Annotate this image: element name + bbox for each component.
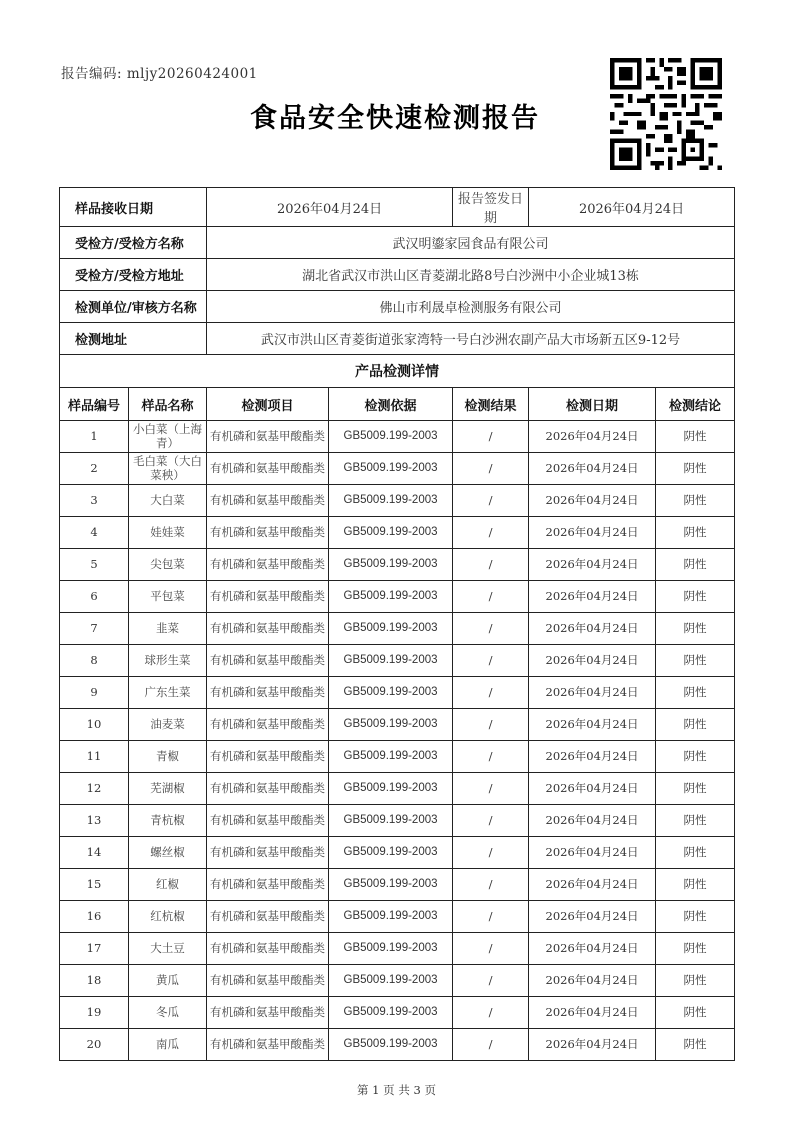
conclusion-cell: 阴性 <box>656 453 735 485</box>
table-row: 11青椒有机磷和氨基甲酸酯类GB5009.199-2003/2026年04月24… <box>60 741 735 773</box>
section-title: 产品检测详情 <box>60 355 735 388</box>
test-date-cell: 2026年04月24日 <box>529 485 656 517</box>
issue-date-label: 报告签发日期 <box>453 188 529 227</box>
test-standard-cell: GB5009.199-2003 <box>329 709 453 741</box>
test-result-cell: / <box>453 453 529 485</box>
table-row: 4娃娃菜有机磷和氨基甲酸酯类GB5009.199-2003/2026年04月24… <box>60 517 735 549</box>
col-conclusion: 检测结论 <box>656 388 735 421</box>
sample-no-cell: 18 <box>60 965 129 997</box>
sample-no-cell: 10 <box>60 709 129 741</box>
table-row: 5尖包菜有机磷和氨基甲酸酯类GB5009.199-2003/2026年04月24… <box>60 549 735 581</box>
test-item-cell: 有机磷和氨基甲酸酯类 <box>207 901 329 933</box>
col-sample-no: 样品编号 <box>60 388 129 421</box>
test-result-cell: / <box>453 997 529 1029</box>
sample-no-cell: 14 <box>60 837 129 869</box>
lab-name-row: 检测单位/审核方名称 佛山市利晟卓检测服务有限公司 <box>60 291 735 323</box>
sample-name-cell: 娃娃菜 <box>129 517 207 549</box>
sample-no-cell: 11 <box>60 741 129 773</box>
test-date-cell: 2026年04月24日 <box>529 709 656 741</box>
receive-date-row: 样品接收日期 2026年04月24日 报告签发日期 2026年04月24日 <box>60 188 735 227</box>
test-result-cell: / <box>453 677 529 709</box>
test-standard-cell: GB5009.199-2003 <box>329 581 453 613</box>
test-result-cell: / <box>453 645 529 677</box>
sample-name-cell: 大土豆 <box>129 933 207 965</box>
test-result-cell: / <box>453 901 529 933</box>
table-row: 15红椒有机磷和氨基甲酸酯类GB5009.199-2003/2026年04月24… <box>60 869 735 901</box>
col-test-result: 检测结果 <box>453 388 529 421</box>
test-standard-cell: GB5009.199-2003 <box>329 997 453 1029</box>
sample-no-cell: 19 <box>60 997 129 1029</box>
test-standard-cell: GB5009.199-2003 <box>329 1029 453 1061</box>
test-standard-cell: GB5009.199-2003 <box>329 421 453 453</box>
issue-date-value: 2026年04月24日 <box>529 188 735 227</box>
sample-name-cell: 红椒 <box>129 869 207 901</box>
test-item-cell: 有机磷和氨基甲酸酯类 <box>207 709 329 741</box>
sample-name-cell: 红杭椒 <box>129 901 207 933</box>
col-test-item: 检测项目 <box>207 388 329 421</box>
conclusion-cell: 阴性 <box>656 741 735 773</box>
sample-name-cell: 尖包菜 <box>129 549 207 581</box>
test-result-cell: / <box>453 517 529 549</box>
test-date-cell: 2026年04月24日 <box>529 869 656 901</box>
inspected-address-value: 湖北省武汉市洪山区青菱湖北路8号白沙洲中小企业城13栋 <box>207 259 735 291</box>
test-result-cell: / <box>453 773 529 805</box>
sample-no-cell: 15 <box>60 869 129 901</box>
table-row: 10油麦菜有机磷和氨基甲酸酯类GB5009.199-2003/2026年04月2… <box>60 709 735 741</box>
conclusion-cell: 阴性 <box>656 997 735 1029</box>
test-result-cell: / <box>453 965 529 997</box>
table-row: 16红杭椒有机磷和氨基甲酸酯类GB5009.199-2003/2026年04月2… <box>60 901 735 933</box>
test-standard-cell: GB5009.199-2003 <box>329 517 453 549</box>
test-date-cell: 2026年04月24日 <box>529 549 656 581</box>
sample-name-cell: 小白菜（上海青） <box>129 421 207 453</box>
sample-name-cell: 南瓜 <box>129 1029 207 1061</box>
table-row: 9广东生菜有机磷和氨基甲酸酯类GB5009.199-2003/2026年04月2… <box>60 677 735 709</box>
test-date-cell: 2026年04月24日 <box>529 677 656 709</box>
test-date-cell: 2026年04月24日 <box>529 1029 656 1061</box>
col-test-standard: 检测依据 <box>329 388 453 421</box>
test-item-cell: 有机磷和氨基甲酸酯类 <box>207 805 329 837</box>
sample-name-cell: 芜湖椒 <box>129 773 207 805</box>
test-result-cell: / <box>453 613 529 645</box>
test-standard-cell: GB5009.199-2003 <box>329 677 453 709</box>
test-item-cell: 有机磷和氨基甲酸酯类 <box>207 837 329 869</box>
test-date-cell: 2026年04月24日 <box>529 933 656 965</box>
col-test-date: 检测日期 <box>529 388 656 421</box>
sample-no-cell: 2 <box>60 453 129 485</box>
sample-name-cell: 螺丝椒 <box>129 837 207 869</box>
column-header-row: 样品编号 样品名称 检测项目 检测依据 检测结果 检测日期 检测结论 <box>60 388 735 421</box>
inspected-name-row: 受检方/受检方名称 武汉明鎏家园食品有限公司 <box>60 227 735 259</box>
table-row: 8球形生菜有机磷和氨基甲酸酯类GB5009.199-2003/2026年04月2… <box>60 645 735 677</box>
conclusion-cell: 阴性 <box>656 581 735 613</box>
test-standard-cell: GB5009.199-2003 <box>329 741 453 773</box>
inspected-name-label: 受检方/受检方名称 <box>60 227 207 259</box>
table-row: 18黄瓜有机磷和氨基甲酸酯类GB5009.199-2003/2026年04月24… <box>60 965 735 997</box>
conclusion-cell: 阴性 <box>656 645 735 677</box>
receive-date-label: 样品接收日期 <box>60 188 207 227</box>
test-standard-cell: GB5009.199-2003 <box>329 613 453 645</box>
sample-no-cell: 6 <box>60 581 129 613</box>
test-item-cell: 有机磷和氨基甲酸酯类 <box>207 421 329 453</box>
sample-no-cell: 8 <box>60 645 129 677</box>
test-date-cell: 2026年04月24日 <box>529 421 656 453</box>
conclusion-cell: 阴性 <box>656 869 735 901</box>
sample-no-cell: 13 <box>60 805 129 837</box>
table-row: 19冬瓜有机磷和氨基甲酸酯类GB5009.199-2003/2026年04月24… <box>60 997 735 1029</box>
report-code-value: mljy20260424001 <box>127 66 258 82</box>
test-standard-cell: GB5009.199-2003 <box>329 549 453 581</box>
test-item-cell: 有机磷和氨基甲酸酯类 <box>207 581 329 613</box>
test-date-cell: 2026年04月24日 <box>529 613 656 645</box>
test-result-cell: / <box>453 485 529 517</box>
conclusion-cell: 阴性 <box>656 485 735 517</box>
col-sample-name: 样品名称 <box>129 388 207 421</box>
test-standard-cell: GB5009.199-2003 <box>329 965 453 997</box>
test-result-cell: / <box>453 581 529 613</box>
test-date-cell: 2026年04月24日 <box>529 453 656 485</box>
report-code: 报告编码: mljy20260424001 <box>61 62 258 82</box>
inspected-name-value: 武汉明鎏家园食品有限公司 <box>207 227 735 259</box>
test-item-cell: 有机磷和氨基甲酸酯类 <box>207 1029 329 1061</box>
test-item-cell: 有机磷和氨基甲酸酯类 <box>207 741 329 773</box>
lab-name-value: 佛山市利晟卓检测服务有限公司 <box>207 291 735 323</box>
receive-date-value: 2026年04月24日 <box>207 188 453 227</box>
sample-name-cell: 冬瓜 <box>129 997 207 1029</box>
qr-code-icon <box>610 58 722 170</box>
test-result-cell: / <box>453 741 529 773</box>
test-item-cell: 有机磷和氨基甲酸酯类 <box>207 453 329 485</box>
report-table: 样品接收日期 2026年04月24日 报告签发日期 2026年04月24日 受检… <box>59 187 735 1061</box>
table-row: 6平包菜有机磷和氨基甲酸酯类GB5009.199-2003/2026年04月24… <box>60 581 735 613</box>
test-date-cell: 2026年04月24日 <box>529 517 656 549</box>
test-item-cell: 有机磷和氨基甲酸酯类 <box>207 677 329 709</box>
test-date-cell: 2026年04月24日 <box>529 997 656 1029</box>
test-standard-cell: GB5009.199-2003 <box>329 485 453 517</box>
sample-no-cell: 9 <box>60 677 129 709</box>
test-date-cell: 2026年04月24日 <box>529 837 656 869</box>
test-date-cell: 2026年04月24日 <box>529 805 656 837</box>
conclusion-cell: 阴性 <box>656 709 735 741</box>
sample-name-cell: 广东生菜 <box>129 677 207 709</box>
conclusion-cell: 阴性 <box>656 1029 735 1061</box>
conclusion-cell: 阴性 <box>656 549 735 581</box>
test-standard-cell: GB5009.199-2003 <box>329 869 453 901</box>
conclusion-cell: 阴性 <box>656 773 735 805</box>
sample-no-cell: 17 <box>60 933 129 965</box>
test-date-cell: 2026年04月24日 <box>529 901 656 933</box>
test-result-cell: / <box>453 421 529 453</box>
test-standard-cell: GB5009.199-2003 <box>329 645 453 677</box>
test-date-cell: 2026年04月24日 <box>529 773 656 805</box>
table-row: 20南瓜有机磷和氨基甲酸酯类GB5009.199-2003/2026年04月24… <box>60 1029 735 1061</box>
sample-no-cell: 12 <box>60 773 129 805</box>
sample-no-cell: 4 <box>60 517 129 549</box>
test-standard-cell: GB5009.199-2003 <box>329 805 453 837</box>
test-date-cell: 2026年04月24日 <box>529 965 656 997</box>
test-result-cell: / <box>453 933 529 965</box>
conclusion-cell: 阴性 <box>656 901 735 933</box>
test-result-cell: / <box>453 837 529 869</box>
sample-no-cell: 1 <box>60 421 129 453</box>
sample-name-cell: 毛白菜（大白菜秧） <box>129 453 207 485</box>
table-row: 17大土豆有机磷和氨基甲酸酯类GB5009.199-2003/2026年04月2… <box>60 933 735 965</box>
page-title: 食品安全快速检测报告 <box>200 96 590 135</box>
test-item-cell: 有机磷和氨基甲酸酯类 <box>207 517 329 549</box>
lab-address-value: 武汉市洪山区青菱街道张家湾特一号白沙洲农副产品大市场新五区9-12号 <box>207 323 735 355</box>
test-result-cell: / <box>453 805 529 837</box>
test-result-cell: / <box>453 549 529 581</box>
test-date-cell: 2026年04月24日 <box>529 741 656 773</box>
sample-no-cell: 20 <box>60 1029 129 1061</box>
sample-name-cell: 平包菜 <box>129 581 207 613</box>
test-standard-cell: GB5009.199-2003 <box>329 837 453 869</box>
test-standard-cell: GB5009.199-2003 <box>329 773 453 805</box>
lab-address-label: 检测地址 <box>60 323 207 355</box>
sample-name-cell: 青椒 <box>129 741 207 773</box>
sample-no-cell: 7 <box>60 613 129 645</box>
test-standard-cell: GB5009.199-2003 <box>329 901 453 933</box>
conclusion-cell: 阴性 <box>656 677 735 709</box>
lab-address-row: 检测地址 武汉市洪山区青菱街道张家湾特一号白沙洲农副产品大市场新五区9-12号 <box>60 323 735 355</box>
sample-name-cell: 球形生菜 <box>129 645 207 677</box>
table-row: 1小白菜（上海青）有机磷和氨基甲酸酯类GB5009.199-2003/2026年… <box>60 421 735 453</box>
sample-name-cell: 油麦菜 <box>129 709 207 741</box>
table-row: 3大白菜有机磷和氨基甲酸酯类GB5009.199-2003/2026年04月24… <box>60 485 735 517</box>
lab-name-label: 检测单位/审核方名称 <box>60 291 207 323</box>
conclusion-cell: 阴性 <box>656 517 735 549</box>
test-date-cell: 2026年04月24日 <box>529 645 656 677</box>
page-indicator: 第 1 页 共 3 页 <box>0 1082 793 1098</box>
conclusion-cell: 阴性 <box>656 933 735 965</box>
test-item-cell: 有机磷和氨基甲酸酯类 <box>207 485 329 517</box>
test-item-cell: 有机磷和氨基甲酸酯类 <box>207 933 329 965</box>
table-row: 12芜湖椒有机磷和氨基甲酸酯类GB5009.199-2003/2026年04月2… <box>60 773 735 805</box>
sample-name-cell: 黄瓜 <box>129 965 207 997</box>
test-item-cell: 有机磷和氨基甲酸酯类 <box>207 773 329 805</box>
inspected-address-label: 受检方/受检方地址 <box>60 259 207 291</box>
sample-no-cell: 16 <box>60 901 129 933</box>
test-item-cell: 有机磷和氨基甲酸酯类 <box>207 645 329 677</box>
test-standard-cell: GB5009.199-2003 <box>329 453 453 485</box>
section-title-row: 产品检测详情 <box>60 355 735 388</box>
report-code-label: 报告编码: <box>61 66 122 82</box>
test-item-cell: 有机磷和氨基甲酸酯类 <box>207 549 329 581</box>
table-row: 13青杭椒有机磷和氨基甲酸酯类GB5009.199-2003/2026年04月2… <box>60 805 735 837</box>
test-item-cell: 有机磷和氨基甲酸酯类 <box>207 869 329 901</box>
sample-no-cell: 3 <box>60 485 129 517</box>
test-item-cell: 有机磷和氨基甲酸酯类 <box>207 965 329 997</box>
test-standard-cell: GB5009.199-2003 <box>329 933 453 965</box>
conclusion-cell: 阴性 <box>656 421 735 453</box>
conclusion-cell: 阴性 <box>656 805 735 837</box>
table-row: 7韭菜有机磷和氨基甲酸酯类GB5009.199-2003/2026年04月24日… <box>60 613 735 645</box>
test-item-cell: 有机磷和氨基甲酸酯类 <box>207 613 329 645</box>
conclusion-cell: 阴性 <box>656 965 735 997</box>
table-row: 14螺丝椒有机磷和氨基甲酸酯类GB5009.199-2003/2026年04月2… <box>60 837 735 869</box>
test-date-cell: 2026年04月24日 <box>529 581 656 613</box>
test-result-cell: / <box>453 1029 529 1061</box>
inspected-address-row: 受检方/受检方地址 湖北省武汉市洪山区青菱湖北路8号白沙洲中小企业城13栋 <box>60 259 735 291</box>
test-result-cell: / <box>453 869 529 901</box>
conclusion-cell: 阴性 <box>656 613 735 645</box>
test-result-cell: / <box>453 709 529 741</box>
sample-no-cell: 5 <box>60 549 129 581</box>
sample-name-cell: 大白菜 <box>129 485 207 517</box>
test-item-cell: 有机磷和氨基甲酸酯类 <box>207 997 329 1029</box>
table-row: 2毛白菜（大白菜秧）有机磷和氨基甲酸酯类GB5009.199-2003/2026… <box>60 453 735 485</box>
conclusion-cell: 阴性 <box>656 837 735 869</box>
sample-name-cell: 韭菜 <box>129 613 207 645</box>
sample-name-cell: 青杭椒 <box>129 805 207 837</box>
